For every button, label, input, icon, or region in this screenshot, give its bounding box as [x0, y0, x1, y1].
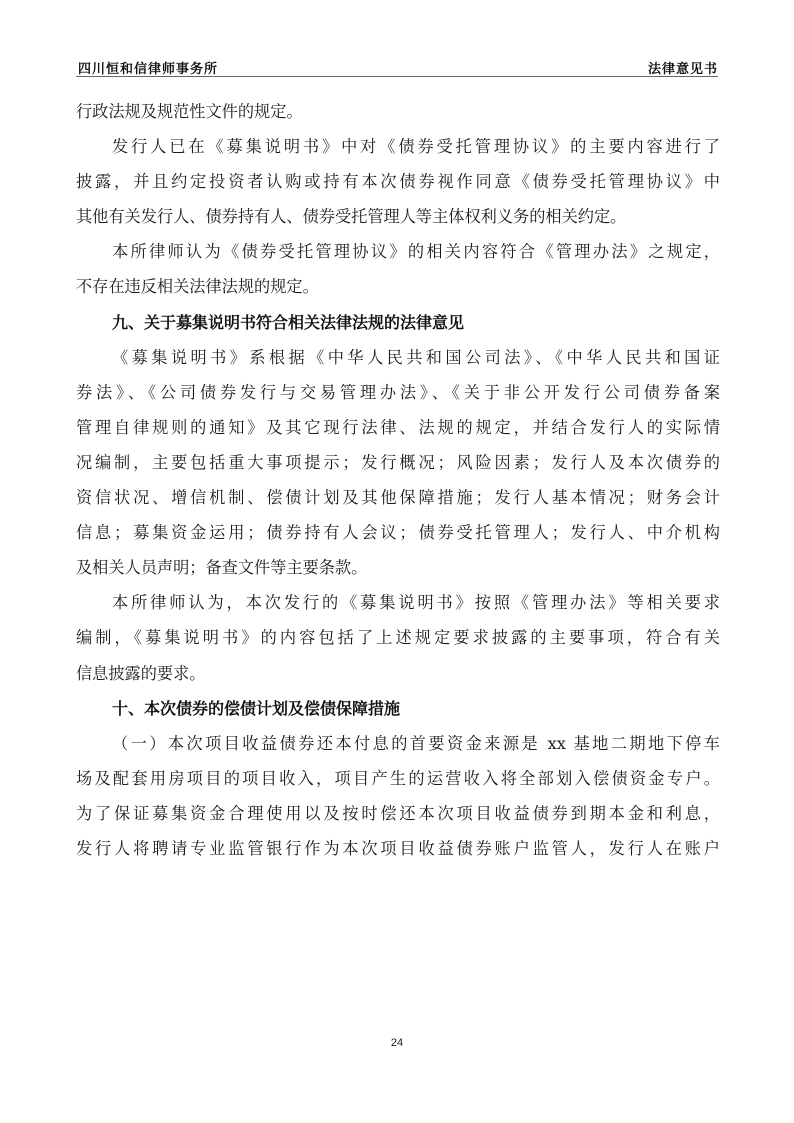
paragraph-line: 披露，并且约定投资者认购或持有本次债券视作同意《债券受托管理协议》中: [76, 164, 720, 199]
paragraph-line: 券法》、《公司债券发行与交易管理办法》、《关于非公开发行公司债券备案: [76, 375, 720, 410]
paragraph-line: 其他有关发行人、债券持有人、债券受托管理人等主体权利义务的相关约定。: [76, 199, 720, 234]
paragraph-line: 本所律师认为，本次发行的《募集说明书》按照《管理办法》等相关要求: [76, 585, 720, 620]
paragraph-line: 为了保证募集资金合理使用以及按时偿还本次项目收益债券到期本金和利息，: [76, 796, 720, 831]
paragraph-line: 信息披露的要求。: [76, 656, 720, 691]
section-heading: 九、关于募集说明书符合相关法律法规的法律意见: [76, 305, 720, 340]
paragraph-line: 不存在违反相关法律法规的规定。: [76, 269, 720, 304]
paragraph-line: 场及配套用房项目的项目收入，项目产生的运营收入将全部划入偿债资金专户。: [76, 761, 720, 796]
document-type: 法律意见书: [648, 58, 718, 77]
page-number: 24: [0, 1037, 794, 1049]
paragraph-line: 信息；募集资金运用；债券持有人会议；债券受托管理人；发行人、中介机构: [76, 515, 720, 550]
paragraph-line: 及相关人员声明；备查文件等主要条款。: [76, 550, 720, 585]
document-body: 行政法规及规范性文件的规定。发行人已在《募集说明书》中对《债券受托管理协议》的主…: [76, 94, 720, 866]
paragraph-line: 况编制，主要包括重大事项提示；发行概况；风险因素；发行人及本次债券的: [76, 445, 720, 480]
paragraph-line: 编制，《募集说明书》的内容包括了上述规定要求披露的主要事项，符合有关: [76, 620, 720, 655]
paragraph-line: 资信状况、增信机制、偿债计划及其他保障措施；发行人基本情况；财务会计: [76, 480, 720, 515]
section-heading: 十、本次债券的偿债计划及偿债保障措施: [76, 691, 720, 726]
page-header: 四川恒和信律师事务所 法律意见书: [76, 56, 718, 77]
paragraph-line: 管理自律规则的通知》及其它现行法律、法规的规定，并结合发行人的实际情: [76, 410, 720, 445]
paragraph-line: 本所律师认为《债券受托管理协议》的相关内容符合《管理办法》之规定，: [76, 234, 720, 269]
firm-name: 四川恒和信律师事务所: [78, 58, 218, 77]
paragraph-line: 行政法规及规范性文件的规定。: [76, 94, 720, 129]
paragraph-line: 发行人将聘请专业监管银行作为本次项目收益债券账户监管人，发行人在账户: [76, 831, 720, 866]
paragraph-line: （一）本次项目收益债券还本付息的首要资金来源是 xx 基地二期地下停车: [76, 726, 720, 761]
paragraph-line: 发行人已在《募集说明书》中对《债券受托管理协议》的主要内容进行了: [76, 129, 720, 164]
paragraph-line: 《募集说明书》系根据《中华人民共和国公司法》、《中华人民共和国证: [76, 340, 720, 375]
